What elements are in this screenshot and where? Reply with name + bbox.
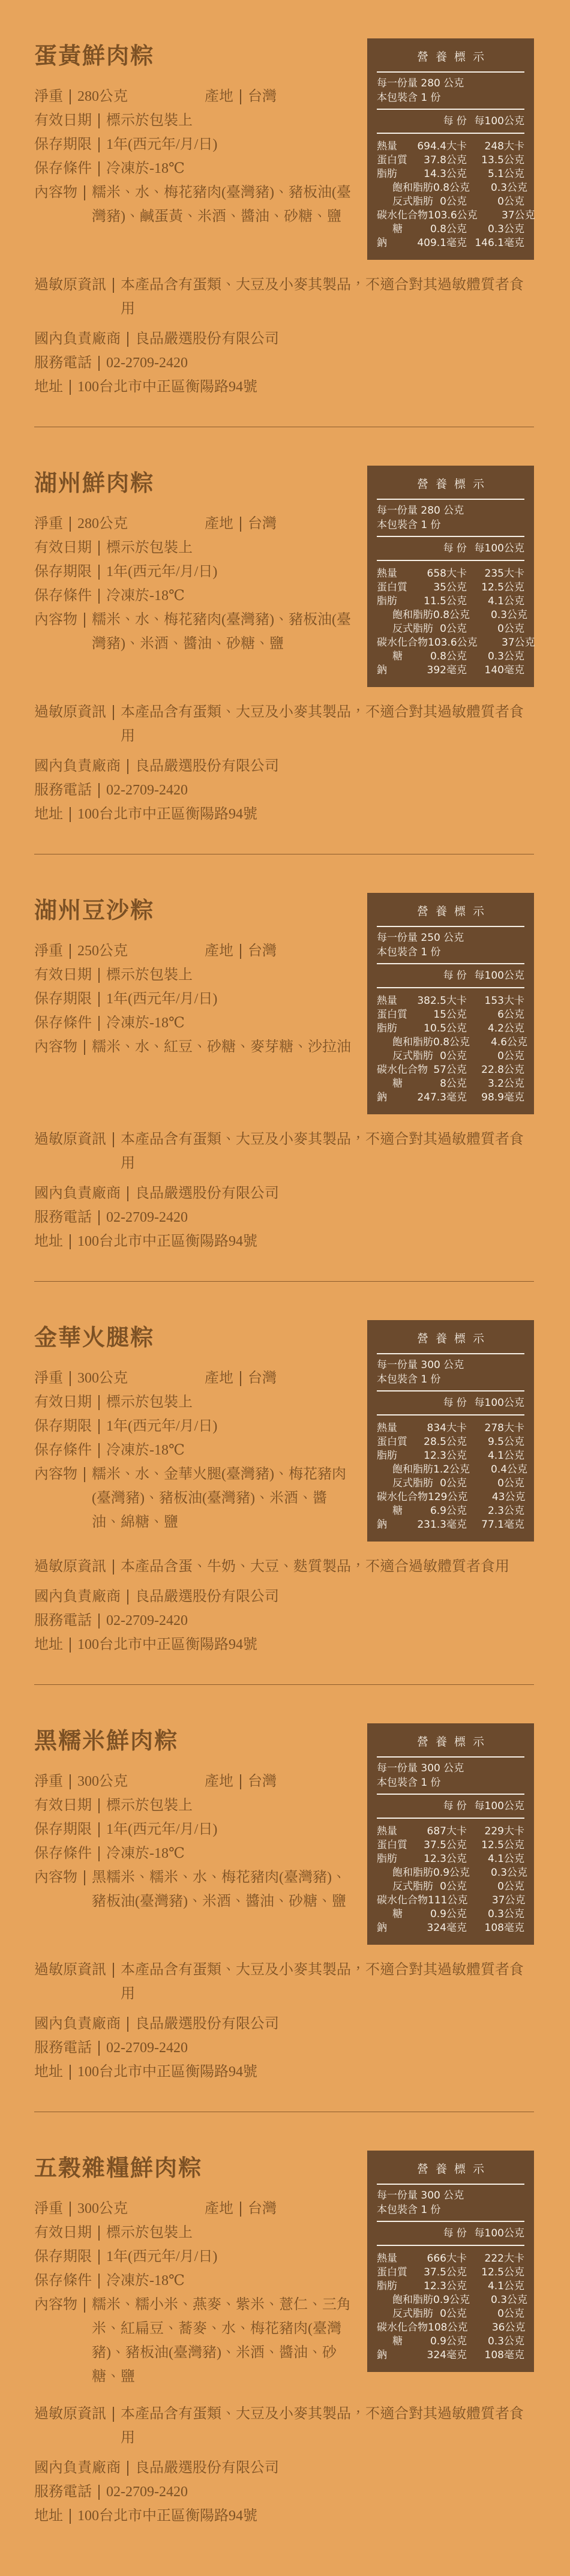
origin-value: 台灣 <box>248 1366 277 1390</box>
separator-bar <box>84 2298 85 2313</box>
per-serving-value: 12.3公克 <box>397 1449 467 1463</box>
address-label: 地址 <box>34 1633 63 1657</box>
shelf-life-value: 1年(西元年/月/日) <box>106 133 355 157</box>
separator-bar <box>70 2065 71 2080</box>
nutrition-rule <box>377 1414 524 1416</box>
nutrient-name: 鈉 <box>377 236 387 250</box>
per-serving-value: 10.5公克 <box>397 1022 467 1036</box>
separator-bar <box>70 2202 71 2217</box>
nutrient-name: 熱量 <box>377 140 397 154</box>
separator-bar <box>127 2461 128 2476</box>
phone-label: 服務電話 <box>34 1205 92 1229</box>
nutrition-column-headers: 每 份 每100公克 <box>377 541 524 556</box>
shelf-life-row: 保存期限 1年(西元年/月/日) <box>34 987 355 1011</box>
allergen-label: 過敏原資訊 <box>34 1958 106 1982</box>
servings-per-pack: 本包裝含 1 份 <box>377 945 524 959</box>
nutrient-name: 碳水化合物 <box>377 1063 428 1077</box>
nutrition-row: 蛋白質 15公克 6公克 <box>377 1008 524 1022</box>
nutrient-name: 反式脂肪 <box>377 195 433 209</box>
address-row: 地址 100台北市中正區衡陽路94號 <box>34 2504 534 2528</box>
nutrition-row: 蛋白質 28.5公克 9.5公克 <box>377 1435 524 1449</box>
net-weight-value: 280公克 <box>77 512 205 536</box>
ingredients-row: 內容物 糯米、水、梅花豬肉(臺灣豬)、豬板油(臺灣豬)、鹹蛋黃、米酒、醬油、砂糖… <box>34 181 355 229</box>
nutrient-name: 反式脂肪 <box>377 1477 433 1491</box>
separator-bar <box>98 589 100 604</box>
shelf-life-value: 1年(西元年/月/日) <box>106 1818 355 1842</box>
nutrient-name: 碳水化合物 <box>377 1491 428 1504</box>
separator-bar <box>113 2407 114 2422</box>
nutrition-rows: 熱量 658大卡 235大卡 蛋白質 35公克 12.5公克 脂肪 11.5公克… <box>377 565 524 677</box>
per-serving-value: 108公克 <box>428 2321 467 2335</box>
nutrition-rule <box>377 2221 524 2222</box>
per-100g-value: 146.1毫克 <box>467 236 524 250</box>
ingredients-label: 內容物 <box>34 608 77 632</box>
separator-bar <box>98 2250 100 2265</box>
ingredients-value: 糯米、水、梅花豬肉(臺灣豬)、豬板油(臺灣豬)、米酒、醬油、砂糖、鹽 <box>92 608 355 656</box>
allergen-label: 過敏原資訊 <box>34 1555 106 1579</box>
separator-bar <box>127 1186 128 1201</box>
per-100g-value: 12.5公克 <box>467 1839 524 1852</box>
per-100g-value: 0.3公克 <box>467 2335 524 2349</box>
product-section: 黑糯米鮮肉粽 淨重 300公克 產地 台灣 有效日期 標示於包裝上 <box>0 1685 570 2112</box>
nutrition-row: 碳水化合物 103.6公克 37公克 <box>377 636 524 650</box>
storage-row: 保存條件 冷凍於-18℃ <box>34 157 355 181</box>
nutrient-name: 碳水化合物 <box>377 2321 428 2335</box>
col-per-100g: 每100公克 <box>467 2226 524 2241</box>
nutrient-name: 熱量 <box>377 994 397 1008</box>
nutrient-name: 鈉 <box>377 2349 387 2362</box>
separator-bar <box>84 613 85 628</box>
nutrition-row: 飽和脂肪 0.9公克 0.3公克 <box>377 2293 524 2307</box>
origin-label: 產地 <box>205 1770 233 1794</box>
nutrition-row: 糖 0.8公克 0.3公克 <box>377 223 524 236</box>
per-serving-value: 0.8公克 <box>403 223 467 236</box>
per-serving-value: 35公克 <box>407 581 467 595</box>
ingredients-value: 黑糯米、糯米、水、梅花豬肉(臺灣豬)、豬板油(臺灣豬)、米酒、醬油、砂糖、鹽 <box>92 1866 355 1914</box>
col-per-serving: 每 份 <box>377 114 467 128</box>
nutrient-name: 反式脂肪 <box>377 1049 433 1063</box>
nutrient-name: 鈉 <box>377 1518 387 1532</box>
nutrition-row: 糖 6.9公克 2.3公克 <box>377 1504 524 1518</box>
per-serving-value: 694.4大卡 <box>397 140 467 154</box>
net-weight-value: 280公克 <box>77 85 205 109</box>
per-serving-value: 12.3公克 <box>397 2280 467 2293</box>
separator-bar <box>127 2017 128 2032</box>
per-serving-value: 0公克 <box>433 1880 467 1894</box>
separator-bar <box>84 1040 85 1055</box>
address-label: 地址 <box>34 2060 63 2084</box>
phone-value: 02-2709-2420 <box>106 2480 534 2504</box>
nutrient-name: 碳水化合物 <box>377 1894 428 1908</box>
expiry-value: 標示於包裝上 <box>106 1794 355 1818</box>
origin-label: 產地 <box>205 85 233 109</box>
separator-bar <box>70 1371 71 1386</box>
per-serving-value: 687大卡 <box>397 1825 467 1839</box>
nutrition-row: 鈉 231.3毫克 77.1毫克 <box>377 1518 524 1532</box>
maker-label: 國內負責廠商 <box>34 1585 121 1609</box>
expiry-value: 標示於包裝上 <box>106 1390 355 1414</box>
nutrient-name: 熱量 <box>377 1422 397 1435</box>
per-serving-value: 324毫克 <box>387 2349 467 2362</box>
per-100g-value: 2.3公克 <box>467 1504 524 1518</box>
nutrition-rule <box>377 2184 524 2185</box>
weight-origin-row: 淨重 250公克 產地 台灣 <box>34 939 355 963</box>
per-100g-value: 22.8公克 <box>467 1063 524 1077</box>
section-top: 黑糯米鮮肉粽 淨重 300公克 產地 台灣 有效日期 標示於包裝上 <box>34 1722 534 1945</box>
storage-value: 冷凍於-18℃ <box>106 1011 355 1035</box>
nutrition-rule <box>377 133 524 134</box>
nutrition-row: 脂肪 14.3公克 5.1公克 <box>377 167 524 181</box>
nutrient-name: 脂肪 <box>377 1852 397 1866</box>
separator-bar <box>84 185 85 200</box>
serving-size: 每一份量 300 公克 <box>377 1358 524 1372</box>
shelf-life-label: 保存期限 <box>34 987 92 1011</box>
separator-bar <box>70 517 71 532</box>
ingredients-row: 內容物 黑糯米、糯米、水、梅花豬肉(臺灣豬)、豬板油(臺灣豬)、米酒、醬油、砂糖… <box>34 1866 355 1914</box>
per-100g-value: 140毫克 <box>467 664 524 677</box>
expiry-value: 標示於包裝上 <box>106 963 355 987</box>
per-serving-value: 0.9公克 <box>403 2335 467 2349</box>
expiry-row: 有效日期 標示於包裝上 <box>34 2221 355 2245</box>
nutrition-rows: 熱量 687大卡 229大卡 蛋白質 37.5公克 12.5公克 脂肪 12.3… <box>377 1822 524 1935</box>
nutrition-row: 熱量 382.5大卡 153大卡 <box>377 994 524 1008</box>
nutrient-name: 鈉 <box>377 1091 387 1105</box>
section-top: 湖州鮮肉粽 淨重 280公克 產地 台灣 有效日期 標示於包裝上 <box>34 464 534 687</box>
ingredients-value: 糯米、水、紅豆、砂糖、麥芽糖、沙拉油 <box>92 1035 355 1059</box>
ingredients-row: 內容物 糯米、糯小米、燕麥、紫米、薏仁、三角米、紅扁豆、蕎麥、水、梅花豬肉(臺灣… <box>34 2293 355 2389</box>
separator-bar <box>98 137 100 152</box>
nutrition-row: 脂肪 12.3公克 4.1公克 <box>377 2280 524 2293</box>
nutrient-name: 飽和脂肪 <box>377 1866 433 1880</box>
storage-row: 保存條件 冷凍於-18℃ <box>34 1438 355 1462</box>
nutrition-row: 碳水化合物 129公克 43公克 <box>377 1491 524 1504</box>
per-serving-value: 111公克 <box>428 1894 467 1908</box>
separator-bar <box>98 161 100 176</box>
nutrient-name: 碳水化合物 <box>377 636 428 650</box>
per-serving-value: 658大卡 <box>397 567 467 581</box>
per-100g-value: 4.6公克 <box>470 1036 527 1049</box>
separator-bar <box>98 2041 100 2056</box>
shelf-life-label: 保存期限 <box>34 1414 92 1438</box>
per-serving-value: 0公克 <box>433 1477 467 1491</box>
origin-label: 產地 <box>205 1366 233 1390</box>
per-serving-value: 103.6公克 <box>428 209 478 223</box>
storage-row: 保存條件 冷凍於-18℃ <box>34 584 355 608</box>
nutrition-facts-label: 營養標示 每一份量 280 公克 本包裝含 1 份 每 份 每100公克 熱量 <box>367 38 534 260</box>
per-serving-value: 37.8公克 <box>407 154 467 167</box>
per-serving-value: 0公克 <box>433 195 467 209</box>
maker-label: 國內負責廠商 <box>34 1181 121 1205</box>
nutrition-row: 反式脂肪 0公克 0公克 <box>377 1880 524 1894</box>
product-title: 蛋黃鮮肉粽 <box>34 37 355 70</box>
nutrition-column-headers: 每 份 每100公克 <box>377 2226 524 2241</box>
separator-bar <box>98 968 100 983</box>
origin-label: 產地 <box>205 2197 233 2221</box>
expiry-row: 有效日期 標示於包裝上 <box>34 1794 355 1818</box>
shelf-life-label: 保存期限 <box>34 2245 92 2269</box>
nutrition-title: 營養標示 <box>377 1327 532 1350</box>
nutrition-row: 熱量 666大卡 222大卡 <box>377 2252 524 2266</box>
separator-bar <box>98 565 100 580</box>
origin-value: 台灣 <box>248 1770 277 1794</box>
nutrition-rule <box>377 71 524 73</box>
product-details: 湖州豆沙粽 淨重 250公克 產地 台灣 有效日期 標示於包裝上 <box>34 892 355 1059</box>
servings-per-pack: 本包裝含 1 份 <box>377 1372 524 1387</box>
nutrition-rule <box>377 987 524 988</box>
nutrition-rule <box>377 1353 524 1354</box>
serving-size: 每一份量 280 公克 <box>377 503 524 518</box>
net-weight-label: 淨重 <box>34 512 63 536</box>
per-100g-value: 278大卡 <box>467 1422 524 1435</box>
shelf-life-row: 保存期限 1年(西元年/月/日) <box>34 2245 355 2269</box>
separator-bar <box>98 1443 100 1458</box>
product-section: 湖州豆沙粽 淨重 250公克 產地 台灣 有效日期 標示於包裝上 <box>0 854 570 1282</box>
nutrition-row: 熱量 834大卡 278大卡 <box>377 1422 524 1435</box>
net-weight-value: 300公克 <box>77 2197 205 2221</box>
separator-bar <box>240 2202 241 2217</box>
nutrition-row: 蛋白質 37.8公克 13.5公克 <box>377 154 524 167</box>
nutrition-row: 熱量 658大卡 235大卡 <box>377 567 524 581</box>
per-100g-value: 0公克 <box>467 1477 524 1491</box>
product-details: 金華火腿粽 淨重 300公克 產地 台灣 有效日期 標示於包裝上 <box>34 1319 355 1534</box>
weight-origin-row: 淨重 300公克 產地 台灣 <box>34 1770 355 1794</box>
nutrient-name: 糖 <box>377 650 403 664</box>
col-per-serving: 每 份 <box>377 968 467 983</box>
storage-value: 冷凍於-18℃ <box>106 157 355 181</box>
expiry-label: 有效日期 <box>34 963 92 987</box>
per-serving-value: 14.3公克 <box>397 167 467 181</box>
col-per-100g: 每100公克 <box>467 1396 524 1410</box>
col-per-serving: 每 份 <box>377 541 467 556</box>
storage-label: 保存條件 <box>34 1438 92 1462</box>
product-title: 黑糯米鮮肉粽 <box>34 1722 355 1755</box>
nutrition-title: 營養標示 <box>377 46 532 68</box>
per-100g-value: 0.3公克 <box>467 650 524 664</box>
nutrient-name: 飽和脂肪 <box>377 181 433 195</box>
nutrition-row: 飽和脂肪 1.2公克 0.4公克 <box>377 1463 524 1477</box>
nutrient-name: 反式脂肪 <box>377 622 433 636</box>
nutrient-name: 糖 <box>377 223 403 236</box>
nutrition-row: 碳水化合物 57公克 22.8公克 <box>377 1063 524 1077</box>
per-100g-value: 222大卡 <box>467 2252 524 2266</box>
nutrition-row: 反式脂肪 0公克 0公克 <box>377 2307 524 2321</box>
nutrient-name: 蛋白質 <box>377 2266 407 2280</box>
separator-bar <box>98 1395 100 1410</box>
nutrient-name: 飽和脂肪 <box>377 608 433 622</box>
per-serving-value: 57公克 <box>428 1063 467 1077</box>
allergen-value: 本產品含有蛋類、大豆及小麥其製品，不適合對其過敏體質者食用 <box>121 273 534 321</box>
nutrition-rule <box>377 963 524 964</box>
separator-bar <box>113 278 114 293</box>
shelf-life-label: 保存期限 <box>34 560 92 584</box>
expiry-label: 有效日期 <box>34 1390 92 1414</box>
per-100g-value: 0.3公克 <box>470 1866 527 1880</box>
per-serving-value: 0.8公克 <box>433 181 470 195</box>
per-100g-value: 6公克 <box>467 1008 524 1022</box>
nutrition-rule <box>377 2245 524 2246</box>
col-per-100g: 每100公克 <box>467 541 524 556</box>
storage-row: 保存條件 冷凍於-18℃ <box>34 1011 355 1035</box>
separator-bar <box>98 2226 100 2241</box>
servings-per-pack: 本包裝含 1 份 <box>377 91 524 105</box>
servings-per-pack: 本包裝含 1 份 <box>377 2203 524 2217</box>
origin-value: 台灣 <box>248 939 277 963</box>
shelf-life-value: 1年(西元年/月/日) <box>106 560 355 584</box>
expiry-value: 標示於包裝上 <box>106 109 355 133</box>
expiry-value: 標示於包裝上 <box>106 2221 355 2245</box>
expiry-value: 標示於包裝上 <box>106 536 355 560</box>
nutrient-name: 蛋白質 <box>377 581 407 595</box>
nutrition-row: 糖 0.9公克 0.3公克 <box>377 1908 524 1921</box>
allergen-row: 過敏原資訊 本產品含有蛋類、大豆及小麥其製品，不適合對其過敏體質者食用 <box>34 700 534 748</box>
separator-bar <box>70 1774 71 1789</box>
section-top: 金華火腿粽 淨重 300公克 產地 台灣 有效日期 標示於包裝上 <box>34 1319 534 1542</box>
per-100g-value: 0.3公克 <box>470 608 527 622</box>
nutrient-name: 碳水化合物 <box>377 209 428 223</box>
nutrient-name: 脂肪 <box>377 2280 397 2293</box>
col-per-100g: 每100公克 <box>467 114 524 128</box>
ingredients-row: 內容物 糯米、水、梅花豬肉(臺灣豬)、豬板油(臺灣豬)、米酒、醬油、砂糖、鹽 <box>34 608 355 656</box>
storage-label: 保存條件 <box>34 584 92 608</box>
phone-value: 02-2709-2420 <box>106 351 534 375</box>
serving-size: 每一份量 300 公克 <box>377 2188 524 2203</box>
ingredients-label: 內容物 <box>34 2293 77 2317</box>
net-weight-value: 300公克 <box>77 1366 205 1390</box>
net-weight-label: 淨重 <box>34 2197 63 2221</box>
nutrition-row: 脂肪 10.5公克 4.2公克 <box>377 1022 524 1036</box>
separator-bar <box>98 1614 100 1629</box>
address-label: 地址 <box>34 802 63 826</box>
address-row: 地址 100台北市中正區衡陽路94號 <box>34 375 534 399</box>
separator-bar <box>98 1846 100 1861</box>
storage-value: 冷凍於-18℃ <box>106 1842 355 1866</box>
nutrition-facts-label: 營養標示 每一份量 300 公克 本包裝含 1 份 每 份 每100公克 熱量 <box>367 2151 534 2372</box>
phone-value: 02-2709-2420 <box>106 1205 534 1229</box>
allergen-value: 本產品含有蛋類、大豆及小麥其製品，不適合對其過敏體質者食用 <box>121 2402 534 2450</box>
per-serving-value: 0.8公克 <box>433 1036 470 1049</box>
per-100g-value: 13.5公克 <box>467 154 524 167</box>
ingredients-value: 糯米、水、梅花豬肉(臺灣豬)、豬板油(臺灣豬)、鹹蛋黃、米酒、醬油、砂糖、鹽 <box>92 181 355 229</box>
product-section: 五穀雜糧鮮肉粽 淨重 300公克 產地 台灣 有效日期 標示於包裝上 <box>0 2112 570 2576</box>
per-serving-value: 392毫克 <box>387 664 467 677</box>
nutrient-name: 糖 <box>377 1077 403 1091</box>
per-100g-value: 36公克 <box>467 2321 525 2335</box>
nutrient-name: 糖 <box>377 2335 403 2349</box>
maker-row: 國內負責廠商 良品嚴選股份有限公司 <box>34 1181 534 1205</box>
address-value: 100台北市中正區衡陽路94號 <box>77 2060 534 2084</box>
separator-bar <box>98 783 100 798</box>
separator-bar <box>240 89 241 104</box>
nutrient-name: 反式脂肪 <box>377 1880 433 1894</box>
allergen-row: 過敏原資訊 本產品含有蛋類、大豆及小麥其製品，不適合對其過敏體質者食用 <box>34 2402 534 2450</box>
col-per-serving: 每 份 <box>377 2226 467 2241</box>
shelf-life-row: 保存期限 1年(西元年/月/日) <box>34 1818 355 1842</box>
allergen-label: 過敏原資訊 <box>34 700 106 724</box>
nutrition-row: 鈉 392毫克 140毫克 <box>377 664 524 677</box>
per-100g-value: 4.2公克 <box>467 1022 524 1036</box>
per-serving-value: 0.8公克 <box>433 608 470 622</box>
nutrient-name: 熱量 <box>377 1825 397 1839</box>
per-serving-value: 6.9公克 <box>403 1504 467 1518</box>
origin-value: 台灣 <box>248 2197 277 2221</box>
per-100g-value: 4.1公克 <box>467 2280 524 2293</box>
storage-row: 保存條件 冷凍於-18℃ <box>34 1842 355 1866</box>
section-top: 湖州豆沙粽 淨重 250公克 產地 台灣 有效日期 標示於包裝上 <box>34 892 534 1114</box>
maker-value: 良品嚴選股份有限公司 <box>135 754 534 778</box>
separator-bar <box>70 944 71 959</box>
col-per-100g: 每100公克 <box>467 1799 524 1813</box>
allergen-label: 過敏原資訊 <box>34 1127 106 1151</box>
per-serving-value: 0公克 <box>433 2307 467 2321</box>
expiry-row: 有效日期 標示於包裝上 <box>34 1390 355 1414</box>
nutrition-column-headers: 每 份 每100公克 <box>377 968 524 983</box>
per-serving-value: 37.5公克 <box>407 1839 467 1852</box>
expiry-row: 有效日期 標示於包裝上 <box>34 109 355 133</box>
nutrition-row: 脂肪 12.3公克 4.1公克 <box>377 1852 524 1866</box>
origin-label: 產地 <box>205 939 233 963</box>
nutrition-row: 碳水化合物 108公克 36公克 <box>377 2321 524 2335</box>
weight-origin-row: 淨重 300公克 產地 台灣 <box>34 1366 355 1390</box>
phone-label: 服務電話 <box>34 2480 92 2504</box>
nutrition-rule <box>377 1756 524 1758</box>
per-serving-value: 28.5公克 <box>407 1435 467 1449</box>
per-100g-value: 37公克 <box>478 636 535 650</box>
separator-bar <box>98 113 100 128</box>
expiry-label: 有效日期 <box>34 2221 92 2245</box>
address-label: 地址 <box>34 2504 63 2528</box>
per-serving-value: 666大卡 <box>397 2252 467 2266</box>
shelf-life-value: 1年(西元年/月/日) <box>106 2245 355 2269</box>
storage-value: 冷凍於-18℃ <box>106 584 355 608</box>
separator-bar <box>127 759 128 774</box>
per-serving-value: 0.9公克 <box>403 1908 467 1921</box>
allergen-row: 過敏原資訊 本產品含有蛋類、大豆及小麥其製品，不適合對其過敏體質者食用 <box>34 1958 534 2006</box>
per-100g-value: 37公克 <box>467 1894 525 1908</box>
per-100g-value: 0公克 <box>467 622 524 636</box>
per-serving-value: 231.3毫克 <box>387 1518 467 1532</box>
nutrient-name: 鈉 <box>377 1921 387 1935</box>
nutrition-row: 蛋白質 37.5公克 12.5公克 <box>377 2266 524 2280</box>
expiry-label: 有效日期 <box>34 536 92 560</box>
maker-row: 國內負責廠商 良品嚴選股份有限公司 <box>34 754 534 778</box>
per-100g-value: 12.5公克 <box>467 581 524 595</box>
weight-origin-row: 淨重 280公克 產地 台灣 <box>34 85 355 109</box>
nutrient-name: 飽和脂肪 <box>377 1036 433 1049</box>
per-serving-value: 409.1毫克 <box>387 236 467 250</box>
nutrition-row: 碳水化合物 111公克 37公克 <box>377 1894 524 1908</box>
nutrient-name: 蛋白質 <box>377 1008 407 1022</box>
nutrient-name: 熱量 <box>377 567 397 581</box>
ingredients-value: 糯米、糯小米、燕麥、紫米、薏仁、三角米、紅扁豆、蕎麥、水、梅花豬肉(臺灣豬)、豬… <box>92 2293 355 2389</box>
per-100g-value: 0.4公克 <box>470 1463 527 1477</box>
phone-row: 服務電話 02-2709-2420 <box>34 1205 534 1229</box>
nutrient-name: 熱量 <box>377 2252 397 2266</box>
per-100g-value: 12.5公克 <box>467 2266 524 2280</box>
col-per-serving: 每 份 <box>377 1799 467 1813</box>
separator-bar <box>98 1210 100 1225</box>
servings-per-pack: 本包裝含 1 份 <box>377 1776 524 1790</box>
separator-bar <box>98 2485 100 2500</box>
section-top: 蛋黃鮮肉粽 淨重 280公克 產地 台灣 有效日期 標示於包裝上 <box>34 37 534 260</box>
nutrient-name: 蛋白質 <box>377 1839 407 1852</box>
nutrition-title: 營養標示 <box>377 900 532 922</box>
per-serving-value: 247.3毫克 <box>387 1091 467 1105</box>
nutrition-row: 碳水化合物 103.6公克 37公克 <box>377 209 524 223</box>
nutrition-row: 鈉 247.3毫克 98.9毫克 <box>377 1091 524 1105</box>
nutrient-name: 糖 <box>377 1908 403 1921</box>
separator-bar <box>98 356 100 371</box>
separator-bar <box>70 2509 71 2524</box>
